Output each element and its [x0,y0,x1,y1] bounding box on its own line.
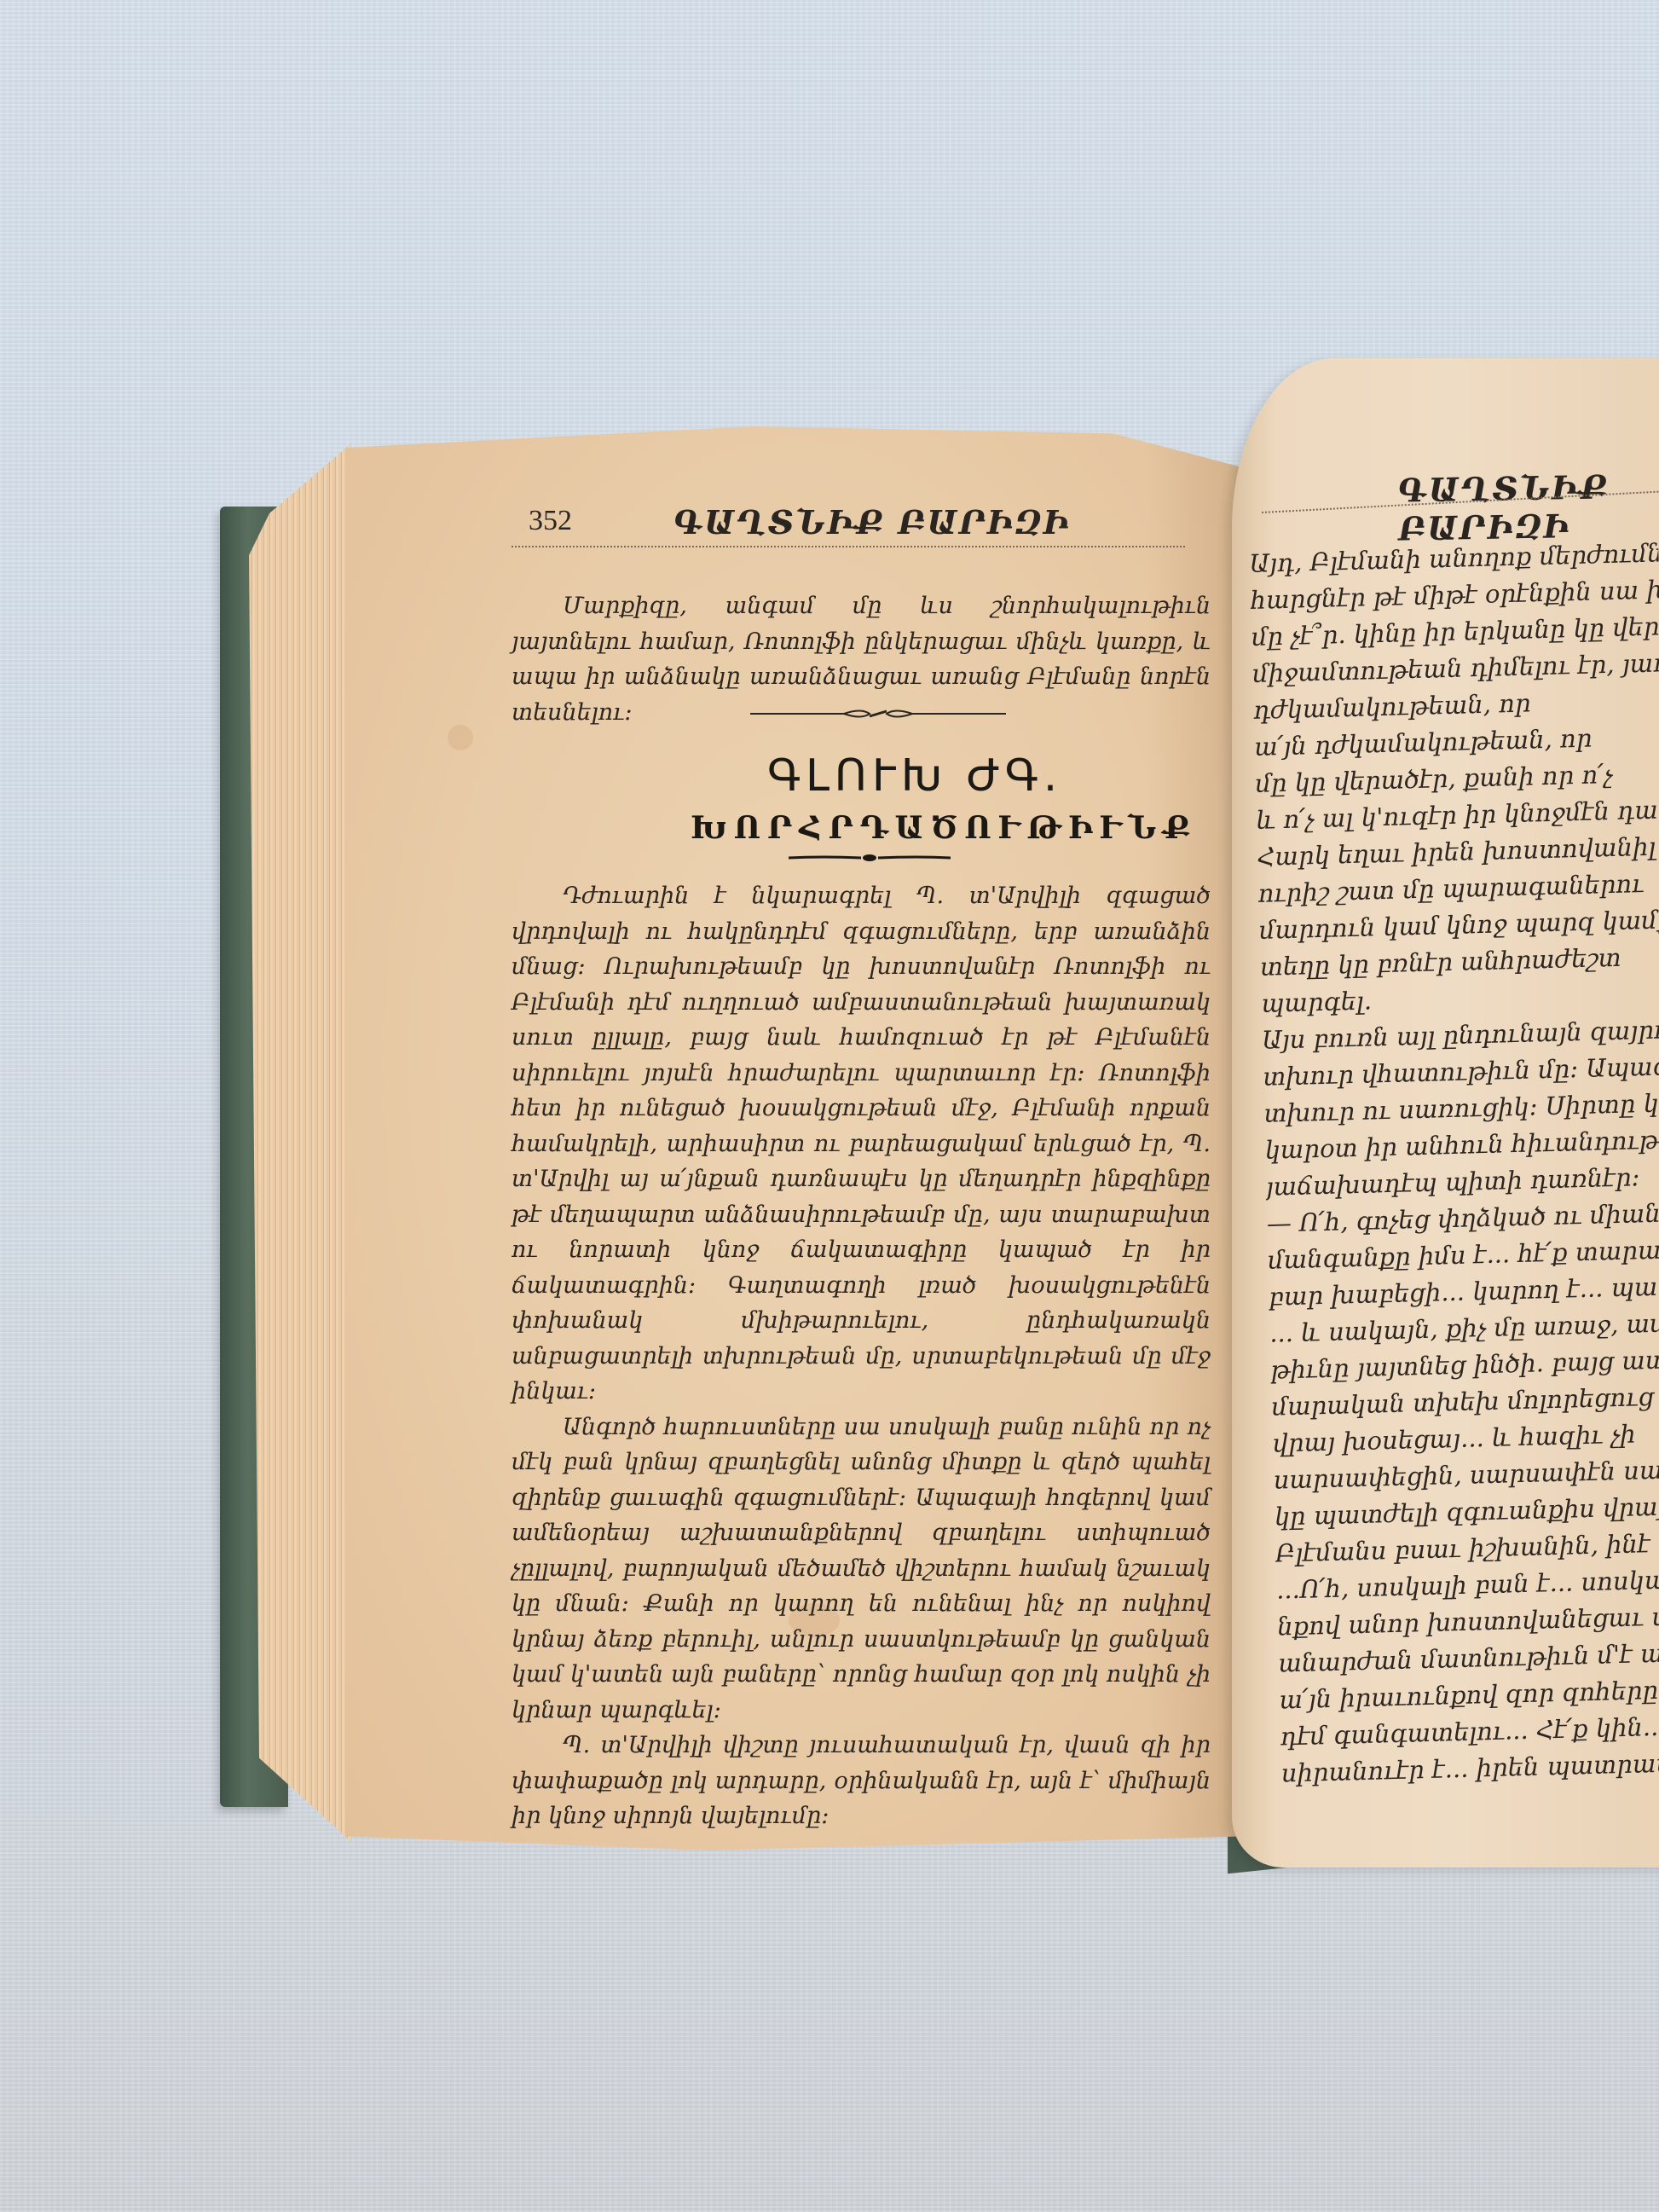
chapter-subtitle: ԽՈՐՀՐԴԱԾՈՒԹԻՒՆՔ [691,810,1197,846]
header-rule [512,546,1185,547]
paper-stain [448,725,473,750]
section-divider-ornament [750,708,1006,720]
subtitle-ornament [789,853,951,863]
chapter-body: Դժուարին է նկարագրել Պ. տ'Արվիլի զգացած … [512,878,1211,1834]
paragraph-text: Անգործ հարուստները սա սոսկալի բանը ունին… [512,1410,1211,1728]
page-number: 352 [529,505,572,537]
running-head-left: ԳԱՂՏՆԻՔ ԲԱՐԻԶԻ [673,503,1071,541]
chapter-title: ԳԼՈՒԽ ԺԳ. [767,750,1062,802]
paragraph-text: Պ. տ'Արվիլի վիշտը յուսահատական էր, վասն … [512,1728,1211,1834]
right-page-text: Այդ, Բլէմանի անողոք մերժումներ հարցնէր թ… [1249,535,1659,1792]
paragraph-text: Դժուարին է նկարագրել Պ. տ'Արվիլի զգացած … [512,878,1211,1410]
page-block-edges [249,443,351,1842]
